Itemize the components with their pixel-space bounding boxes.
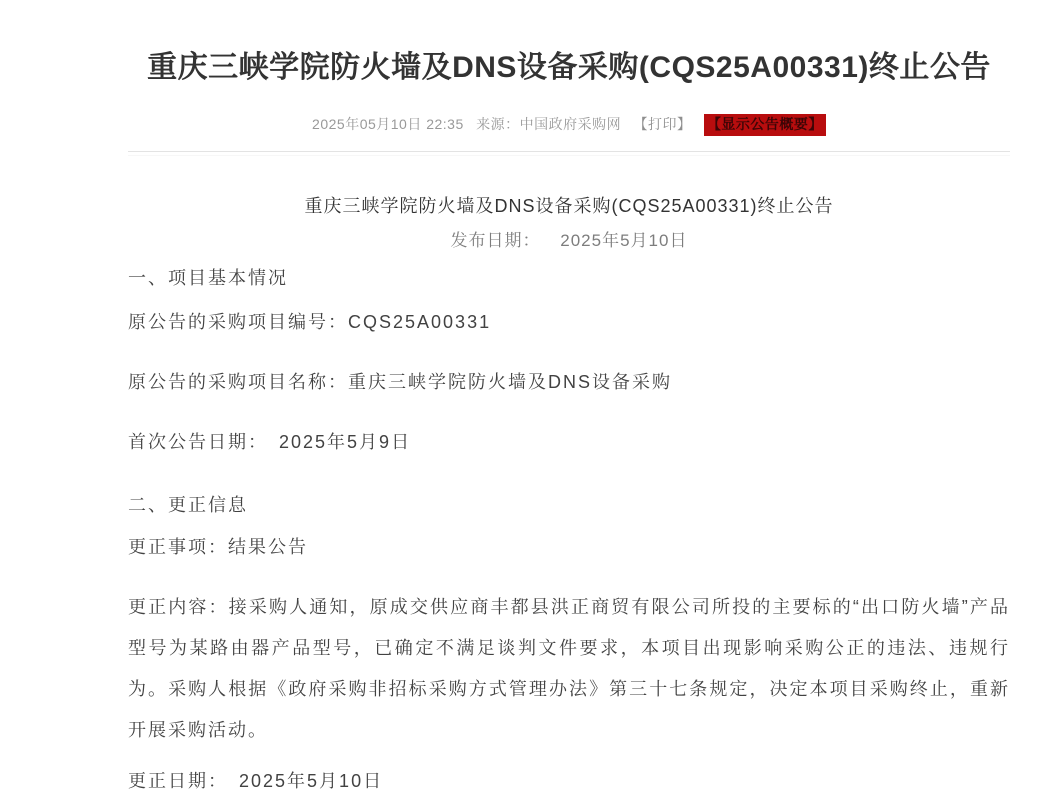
meta-line: 2025年05月10日 22:35 来源：中国政府采购网 【打印】 【显示公告概… (128, 114, 1010, 136)
correction-content: 更正内容：接采购人通知，原成交供应商丰都县洪正商贸有限公司所投的主要标的“出口防… (128, 587, 1010, 751)
announcement-page: 重庆三峡学院防火墙及DNS设备采购(CQS25A00331)终止公告 2025年… (128, 0, 1010, 802)
correction-item: 更正事项：结果公告 (128, 527, 1010, 568)
header-divider (128, 151, 1010, 152)
correction-date: 更正日期： 2025年5月10日 (128, 761, 1010, 802)
publish-date-label: 发布日期： (451, 231, 541, 250)
source-label: 来源：中国政府采购网 (476, 116, 621, 132)
page-title: 重庆三峡学院防火墙及DNS设备采购(CQS25A00331)终止公告 (128, 46, 1010, 90)
show-summary-button[interactable]: 【显示公告概要】 (704, 114, 826, 136)
article-body: 一、项目基本情况 原公告的采购项目编号：CQS25A00331 原公告的采购项目… (128, 258, 1010, 802)
original-project-number: 原公告的采购项目编号：CQS25A00331 (128, 302, 1010, 343)
print-button[interactable]: 【打印】 (634, 116, 692, 132)
article-title: 重庆三峡学院防火墙及DNS设备采购(CQS25A00331)终止公告 (128, 192, 1010, 220)
publish-date-value: 2025年5月10日 (560, 231, 687, 250)
publish-datetime: 2025年05月10日 22:35 (312, 116, 464, 132)
first-announcement-date: 首次公告日期： 2025年5月9日 (128, 422, 1010, 463)
section-heading-basic-info: 一、项目基本情况 (128, 258, 1010, 299)
original-project-name: 原公告的采购项目名称：重庆三峡学院防火墙及DNS设备采购 (128, 362, 1010, 403)
publish-date-line: 发布日期： 2025年5月10日 (128, 228, 1010, 254)
section-heading-correction: 二、更正信息 (128, 485, 1010, 526)
